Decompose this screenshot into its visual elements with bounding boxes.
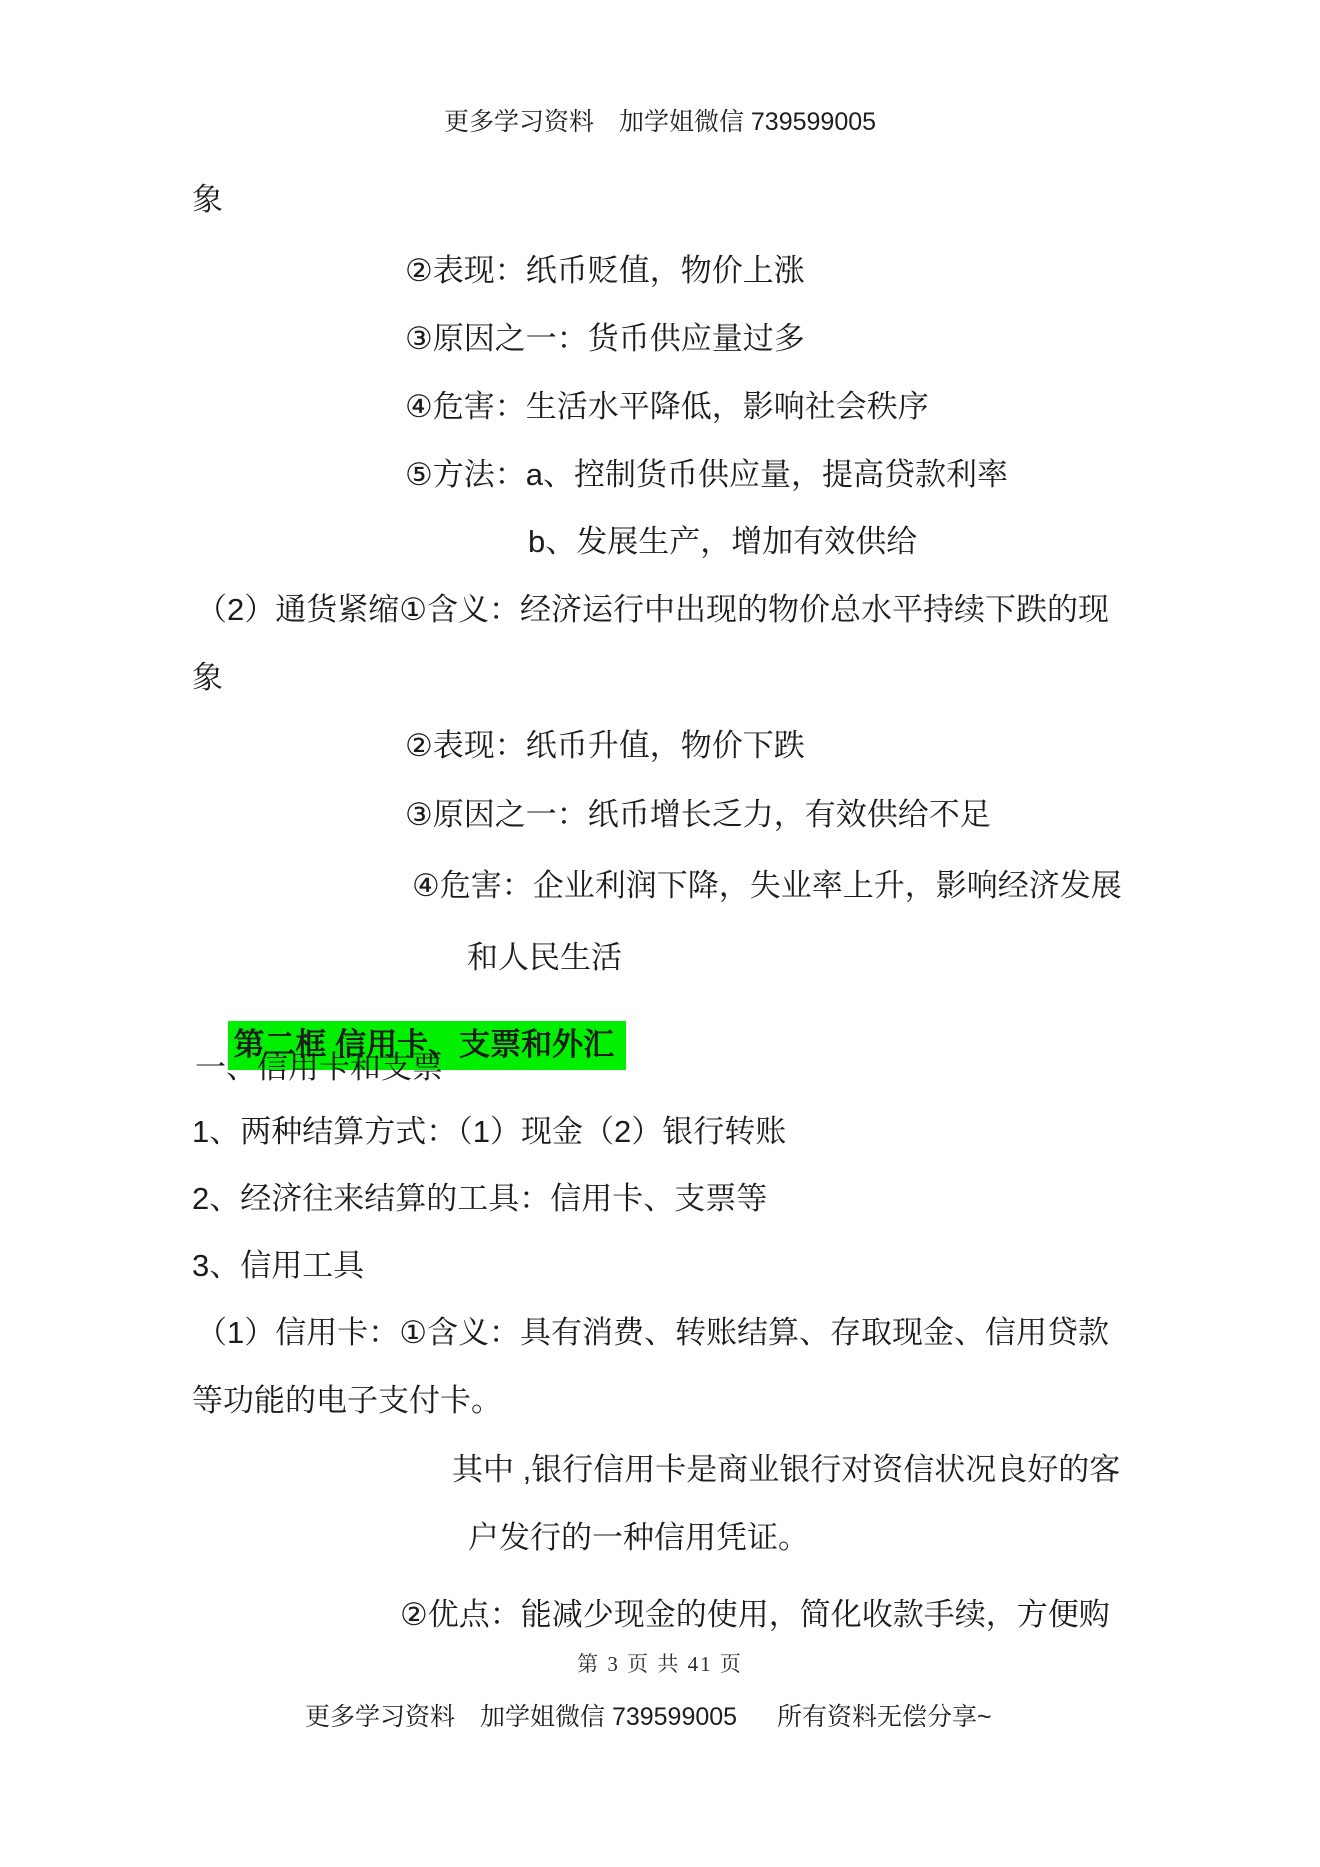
text-line: 3、信用工具 [192,1248,364,1284]
text-line: ③原因之一：货币供应量过多 [405,321,805,357]
text-line: 和人民生活 [467,940,622,976]
text-line: 等功能的电子支付卡。 [192,1383,502,1419]
text-line: ③原因之一：纸币增长乏力，有效供给不足 [405,797,991,833]
text-line: 象 [192,660,223,696]
text-line: 象 [192,182,223,218]
text-line: （2）通货紧缩①含义：经济运行中出现的物价总水平持续下跌的现 [196,592,1109,628]
text-line: ④危害：生活水平降低，影响社会秩序 [405,389,929,425]
text-line: ②表现：纸币升值，物价下跌 [405,728,805,764]
text-line: b、发展生产，增加有效供给 [528,524,917,560]
footer-watermark: 更多学习资料 加学姐微信 739599005 [305,1697,737,1733]
text-line: 一、信用卡和支票 [195,1050,443,1086]
text-line: ⑤方法：a、控制货币供应量，提高贷款利率 [405,457,1008,493]
page-number: 第 3 页 共 41 页 [0,1648,1320,1678]
text-line: ②表现：纸币贬值，物价上涨 [405,253,805,289]
header-watermark: 更多学习资料 加学姐微信 739599005 [0,102,1320,138]
footer-share-note: 所有资料无偿分享~ [777,1697,992,1733]
text-line: 其中 ,银行信用卡是商业银行对资信状况良好的客 [452,1452,1120,1488]
text-line: ④危害：企业利润下降，失业率上升，影响经济发展 [412,868,1122,904]
text-line: ②优点：能减少现金的使用，简化收款手续，方便购 [400,1597,1110,1633]
text-line: 第二框 信用卡、支票和外汇 [199,985,626,1106]
document-page: 更多学习资料 加学姐微信 739599005 象 ②表现：纸币贬值，物价上涨 ③… [0,0,1320,1867]
text-line: （1）信用卡：①含义：具有消费、转账结算、存取现金、信用贷款 [196,1315,1109,1351]
text-line: 户发行的一种信用凭证。 [468,1520,809,1556]
text-line: 1、两种结算方式：（1）现金（2）银行转账 [192,1114,786,1150]
text-line: 2、经济往来结算的工具：信用卡、支票等 [192,1181,767,1217]
